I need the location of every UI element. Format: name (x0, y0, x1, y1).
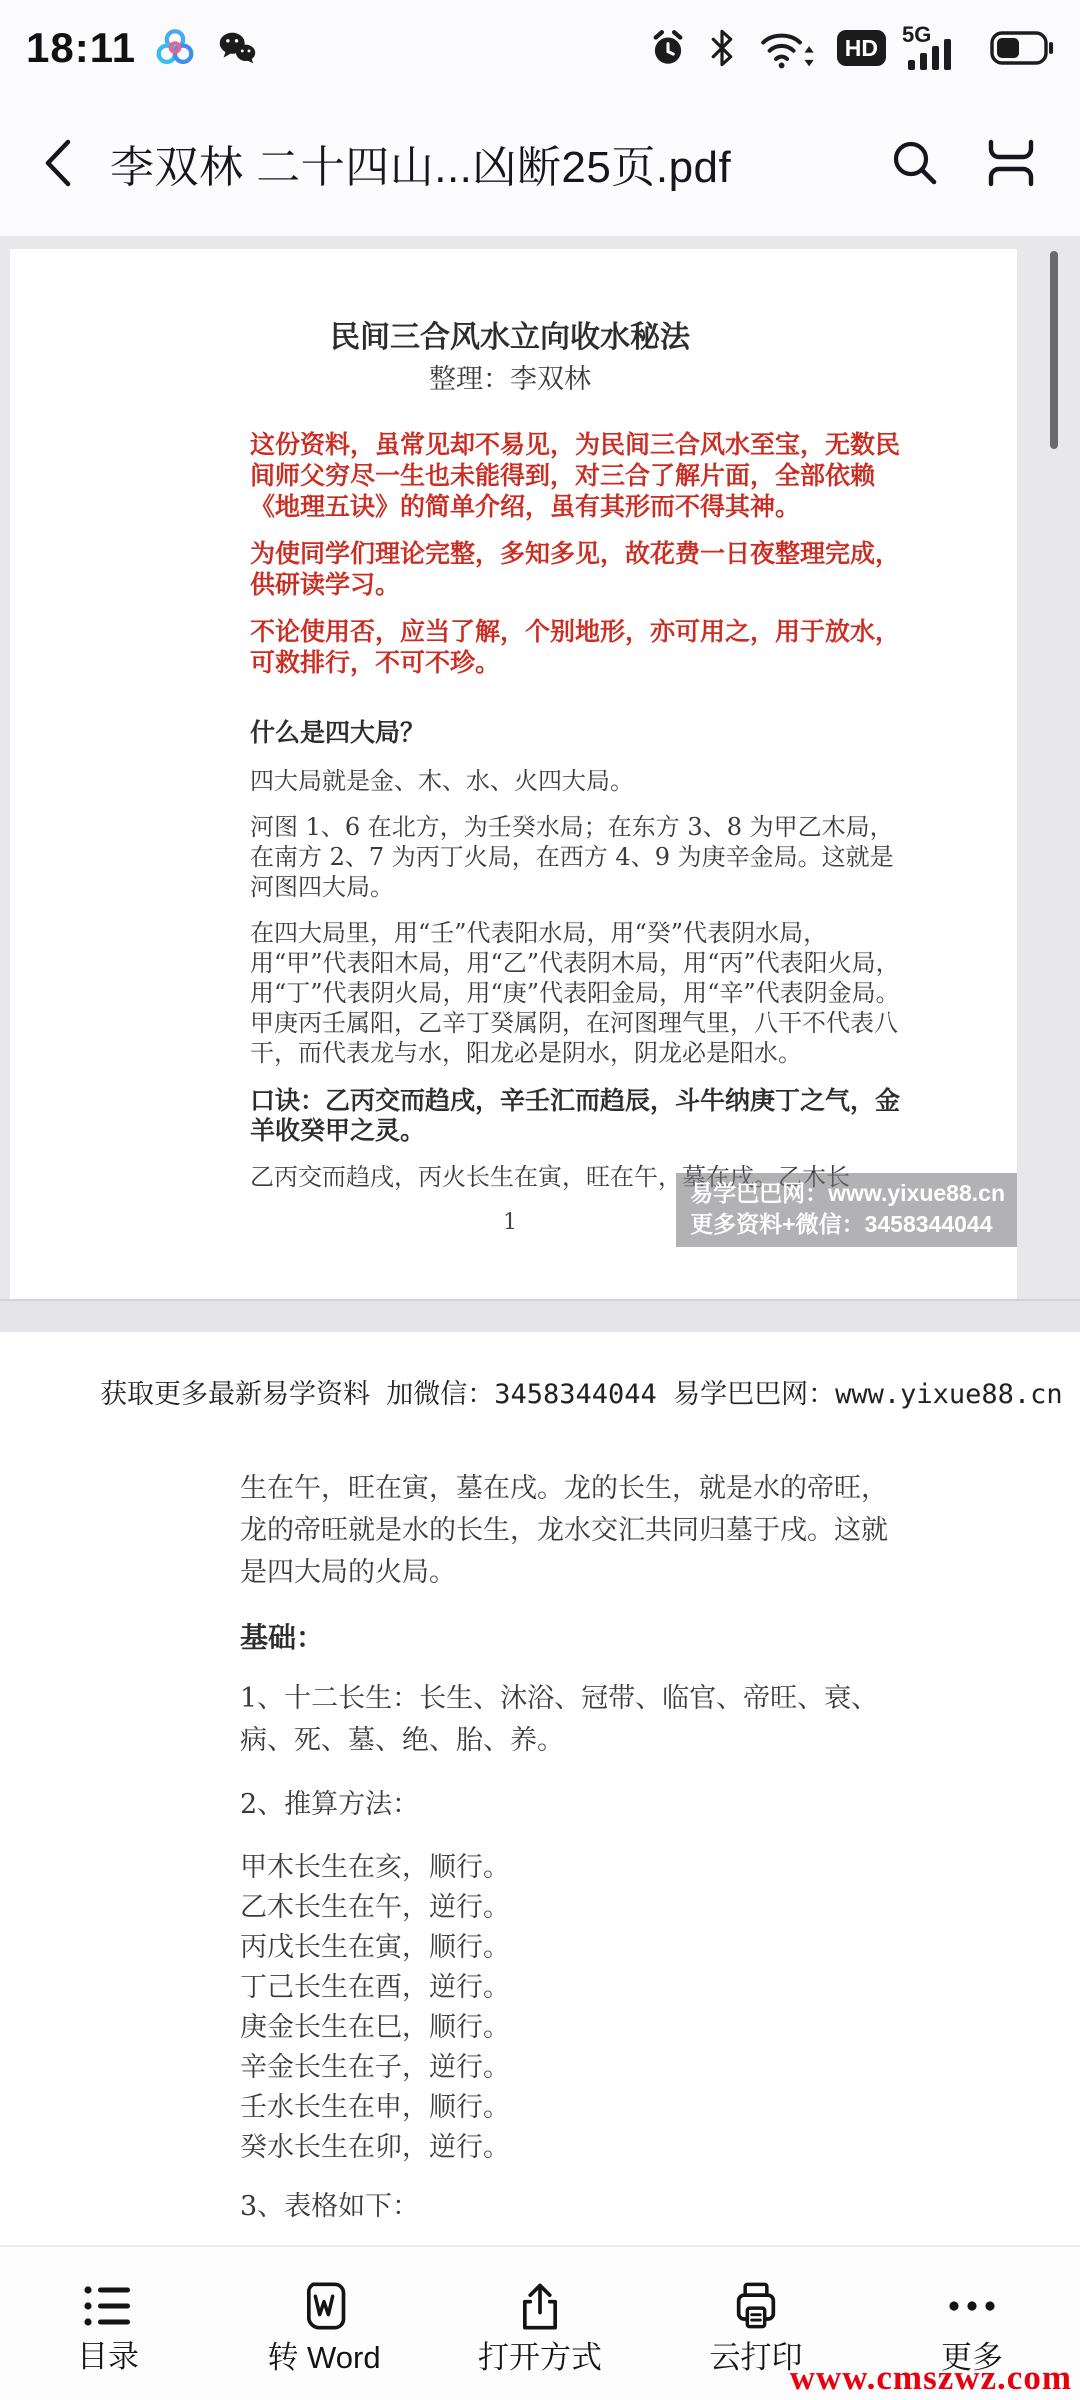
page2-promo-header: 获取更多最新易学资料 加微信：3458344044 易学巴巴网：www.yixu… (100, 1378, 1080, 1412)
section-heading: 基础： (240, 1620, 890, 1656)
reader-mode-button[interactable] (972, 124, 1050, 202)
page-divider (0, 1299, 1080, 1332)
app-rings-icon (152, 25, 198, 71)
wifi-icon (755, 26, 821, 70)
search-button[interactable] (876, 124, 954, 202)
outline-list-icon (81, 2281, 135, 2331)
search-icon (887, 135, 943, 191)
back-button[interactable] (22, 123, 92, 203)
method-line: 丙戊长生在寅，顺行。 (240, 1928, 890, 1968)
bluetooth-icon (705, 27, 739, 69)
body-paragraph: 在四大局里，用“壬”代表阳水局，用“癸”代表阴水局，用“甲”代表阳木局，用“乙”… (250, 918, 910, 1068)
signal-5g: 5G (902, 26, 974, 70)
share-open-icon (514, 2280, 566, 2332)
toolbar-label: 云打印 (710, 2342, 803, 2373)
method-line: 丁己长生在酉，逆行。 (240, 1968, 890, 2008)
scrollbar-thumb[interactable] (1050, 251, 1058, 449)
page2-text-block: 生在午，旺在寅，墓在戌。龙的长生，就是水的帝旺，龙的帝旺就是水的长生，龙水交汇共… (240, 1468, 890, 2228)
method-line: 辛金长生在子，逆行。 (240, 2048, 890, 2088)
alarm-icon (647, 27, 689, 69)
overlay-watermark: www.cmszwz.com (790, 2358, 1072, 2398)
toolbar-label: 打开方式 (478, 2342, 602, 2373)
open-with-button[interactable]: 打开方式 (432, 2247, 648, 2400)
pdf-scroll-area[interactable]: 民间三合风水立向收水秘法 整理：李双林 这份资料，虽常见却不易见，为民间三合风水… (0, 236, 1080, 2245)
red-paragraph: 为使同学们理论完整，多知多见，故花费一日夜整理完成，供研读学习。 (250, 538, 910, 600)
body-paragraph: 生在午，旺在寅，墓在戌。龙的长生，就是水的帝旺，龙的帝旺就是水的长生，龙水交汇共… (240, 1468, 890, 1594)
convert-word-icon (298, 2280, 350, 2332)
toolbar-label: 转 Word (267, 2342, 380, 2373)
method-line: 癸水长生在卯，逆行。 (240, 2128, 890, 2168)
title-bar: 李双林 二十四山...凶断25页.pdf (0, 90, 1080, 236)
toc-button[interactable]: 目录 (0, 2247, 216, 2400)
status-bar-right: HD 5G (647, 26, 1054, 70)
red-paragraph: 这份资料，虽常见却不易见，为民间三合风水至宝，无数民间师父穷尽一生也未能得到，对… (250, 429, 910, 522)
body-paragraph: 河图 1、6 在北方，为壬癸水局；在东方 3、8 为甲乙木局，在南方 2、7 为… (250, 812, 910, 902)
numbered-item: 2、推算方法： (240, 1784, 890, 1826)
method-line: 壬水长生在申，顺行。 (240, 2088, 890, 2128)
method-line: 乙木长生在午，逆行。 (240, 1888, 890, 1928)
convert-word-button[interactable]: 转 Word (216, 2247, 432, 2400)
battery-icon (990, 30, 1054, 66)
clock-time: 18:11 (26, 24, 136, 72)
doc-main-title: 民间三合风水立向收水秘法 (250, 321, 770, 355)
signal-bars-icon (908, 39, 951, 70)
method-line: 甲木长生在亥，顺行。 (240, 1848, 890, 1888)
status-bar: 18:11 (0, 0, 1080, 90)
document-title: 李双林 二十四山...凶断25页.pdf (110, 131, 858, 195)
numbered-item: 1、十二长生：长生、沐浴、冠带、临官、帝旺、衰、病、死、墓、绝、胎、养。 (240, 1678, 890, 1762)
numbered-item: 3、表格如下： (240, 2186, 890, 2228)
method-lines-list: 甲木长生在亥，顺行。 乙木长生在午，逆行。 丙戊长生在寅，顺行。 丁己长生在酉，… (240, 1848, 890, 2168)
body-paragraph: 四大局就是金、木、水、火四大局。 (250, 766, 910, 796)
watermark-line: 更多资料+微信：3458344044 (690, 1209, 1005, 1240)
reader-mode-icon (982, 136, 1040, 190)
cloud-print-icon (730, 2280, 782, 2332)
method-line: 庚金长生在巳，顺行。 (240, 2008, 890, 2048)
pdf-page-1: 民间三合风水立向收水秘法 整理：李双林 这份资料，虽常见却不易见，为民间三合风水… (10, 249, 1017, 1299)
more-dots-icon (942, 2280, 1002, 2332)
watermark-line: 易学巴巴网：www.yixue88.cn (690, 1178, 1005, 1209)
pdf-page-2: 获取更多最新易学资料 加微信：3458344044 易学巴巴网：www.yixu… (0, 1332, 1080, 2245)
red-paragraph: 不论使用否，应当了解，个别地形，亦可用之，用于放水，可救排行，不可不珍。 (250, 616, 910, 678)
doc-subtitle: 整理：李双林 (250, 365, 770, 395)
pdf-reader-screen: 18:11 (0, 0, 1080, 2400)
koujue-paragraph: 口诀：乙丙交而趋戌，辛壬汇而趋辰，斗牛纳庚丁之气，金羊收癸甲之灵。 (250, 1086, 910, 1146)
hd-badge: HD (837, 30, 886, 66)
wechat-icon (214, 25, 260, 71)
section-heading: 什么是四大局？ (250, 718, 890, 748)
status-bar-left: 18:11 (26, 24, 260, 72)
site-watermark: 易学巴巴网：www.yixue88.cn 更多资料+微信：3458344044 (676, 1173, 1017, 1247)
toolbar-label: 目录 (77, 2341, 139, 2372)
